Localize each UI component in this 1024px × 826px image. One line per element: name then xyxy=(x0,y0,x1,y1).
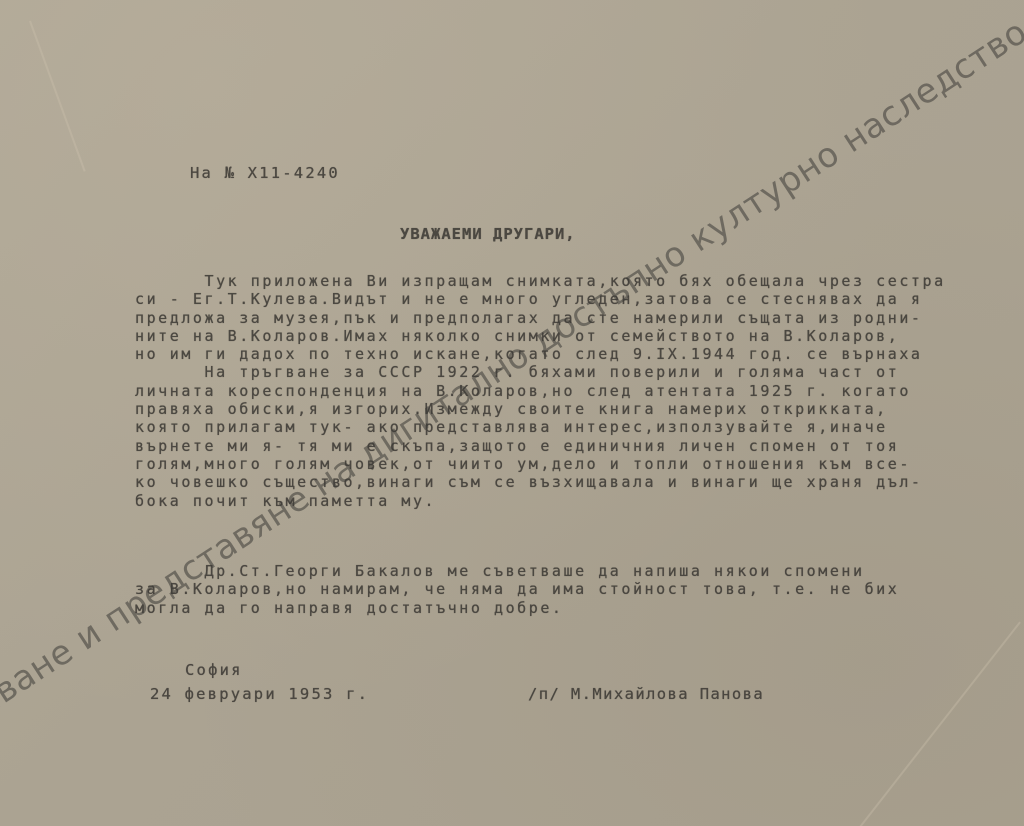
text-line: Тук приложена Ви изпращам снимката,която… xyxy=(135,272,946,290)
text-line: си - Ег.Т.Кулева.Видът и не е много угле… xyxy=(135,290,946,308)
salutation: УВАЖАЕМИ ДРУГАРИ, xyxy=(400,224,576,244)
letter-paragraph-1: Тук приложена Ви изпращам снимката,която… xyxy=(135,272,946,510)
letter-paragraph-2: Др.Ст.Георги Бакалов ме съветваше да нап… xyxy=(135,562,899,617)
text-line: голям,много голям човек,от чиито ум,дело… xyxy=(135,455,946,473)
text-line: ко човешко същество,винаги съм се възхищ… xyxy=(135,473,946,491)
text-line: Др.Ст.Георги Бакалов ме съветваше да нап… xyxy=(135,562,899,580)
reference-number: На № Х11-4240 xyxy=(190,163,340,183)
text-line: могла да го направя достатъчно добре. xyxy=(135,599,899,617)
text-line: за В.Коларов,но намирам, че няма да има … xyxy=(135,580,899,598)
text-line: На тръгване за СССР 1922 г. бяхами повер… xyxy=(135,363,946,381)
text-line: правяха обиски,я изгорих.Измежду своите … xyxy=(135,400,946,418)
place: София xyxy=(185,660,243,680)
text-line: която прилагам тук- ако представлява инт… xyxy=(135,418,946,436)
signature: /п/ М.Михайлова Панова xyxy=(528,684,764,704)
text-line: върнете ми я- тя ми е скъпа,защото е еди… xyxy=(135,437,946,455)
date: 24 февруари 1953 г. xyxy=(150,684,369,704)
text-line: личната кореспонденция на В.Коларов,но с… xyxy=(135,382,946,400)
